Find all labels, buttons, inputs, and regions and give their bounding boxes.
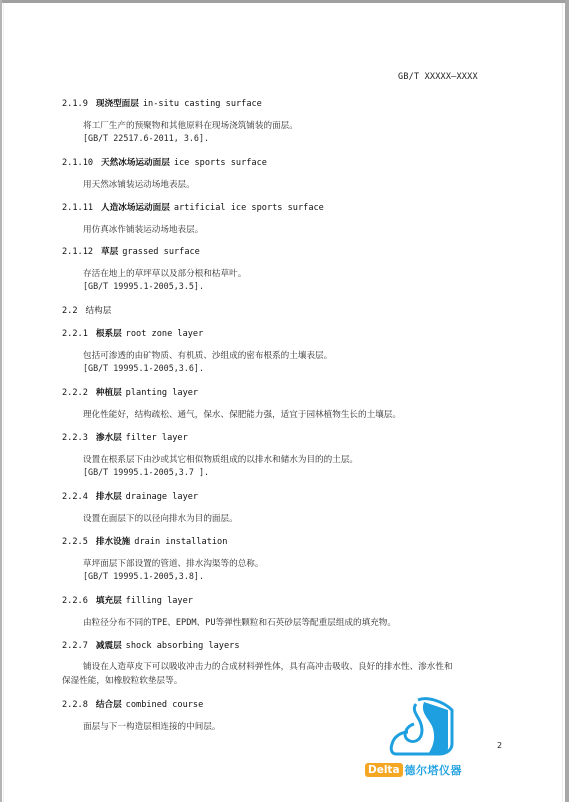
term-definition: 草坪面层下部设置的管道、排水沟渠等的总称。 xyxy=(83,557,263,569)
term-heading: 2.2.3渗水层filter layer xyxy=(62,431,188,443)
term-zh: 草层 xyxy=(101,247,118,257)
term-definition-continued: 保湿性能，如橡胶粒软垫层等。 xyxy=(62,674,182,686)
section-number: 2.2 xyxy=(62,306,78,316)
term-zh: 人造冰场运动面层 xyxy=(101,203,170,213)
term-heading: 2.2.5排水设施drain installation xyxy=(62,535,227,547)
term-en: in-situ casting surface xyxy=(143,99,262,109)
term-zh: 排水层 xyxy=(96,492,122,502)
section-heading: 2.2结构层 xyxy=(62,304,111,316)
term-reference: [GB/T 19995.1-2005,3.8]. xyxy=(83,571,204,581)
term-en: shock absorbing layers xyxy=(126,641,240,651)
term-definition: 理化性能好，结构疏松、通气，保水、保肥能力强，适宜于园林植物生长的土壤层。 xyxy=(83,408,401,420)
term-definition: 设置在根系层下由沙或其它相似物质组成的以排水和储水为目的的土层。 xyxy=(83,453,358,465)
term-number: 2.2.1 xyxy=(62,329,88,339)
term-number: 2.2.7 xyxy=(62,641,88,651)
term-en: drainage layer xyxy=(126,492,198,502)
term-number: 2.2.6 xyxy=(62,596,88,606)
term-heading: 2.1.9现浇型面层in-situ casting surface xyxy=(62,97,262,109)
term-en: combined course xyxy=(126,700,204,710)
term-heading: 2.2.1根系层root zone layer xyxy=(62,327,203,339)
term-zh: 填充层 xyxy=(96,596,122,606)
term-heading: 2.1.12草层grassed surface xyxy=(62,245,200,257)
term-heading: 2.2.7减震层shock absorbing layers xyxy=(62,639,240,651)
term-en: planting layer xyxy=(126,388,198,398)
section-title: 结构层 xyxy=(86,306,112,316)
term-definition: 用仿真冰作铺装运动场地表层。 xyxy=(83,223,203,235)
page-border-top xyxy=(0,0,569,3)
term-number: 2.2.8 xyxy=(62,700,88,710)
term-heading: 2.1.11人造冰场运动面层artificial ice sports surf… xyxy=(62,201,324,213)
page-border-left xyxy=(0,0,2,802)
term-zh: 根系层 xyxy=(96,329,122,339)
term-en: filter layer xyxy=(126,433,188,443)
term-definition: 包括可渗透的由矿物质、有机质、沙组成的密布根系的土壤表层。 xyxy=(83,349,332,361)
term-zh: 排水设施 xyxy=(96,537,130,547)
brand-en: Delta xyxy=(365,763,403,777)
term-en: artificial ice sports surface xyxy=(174,203,324,213)
term-definition: 面层与下一构造层相连接的中间层。 xyxy=(83,720,221,732)
term-definition: 设置在面层下的以径向排水为目的面层。 xyxy=(83,512,238,524)
term-heading: 2.2.4排水层drainage layer xyxy=(62,490,198,502)
term-number: 2.1.10 xyxy=(62,158,93,168)
term-zh: 渗水层 xyxy=(96,433,122,443)
delta-logo-icon xyxy=(388,696,460,758)
term-reference: [GB/T 22517.6-2011, 3.6]. xyxy=(83,133,209,143)
term-en: drain installation xyxy=(134,537,227,547)
term-number: 2.2.3 xyxy=(62,433,88,443)
term-definition: 用天然冰铺装运动场地表层。 xyxy=(83,178,195,190)
term-number: 2.2.4 xyxy=(62,492,88,502)
term-reference: [GB/T 19995.1-2005,3.7 ]. xyxy=(83,467,209,477)
term-zh: 种植层 xyxy=(96,388,122,398)
term-number: 2.1.12 xyxy=(62,247,93,257)
term-number: 2.1.11 xyxy=(62,203,93,213)
watermark-brand: Delta 德尔塔仪器 xyxy=(365,762,462,778)
term-number: 2.2.2 xyxy=(62,388,88,398)
term-definition: 存活在地上的草坪草以及部分根和枯草叶。 xyxy=(83,267,246,279)
term-en: ice sports surface xyxy=(174,158,267,168)
term-definition: 由粒径分布不同的TPE、EPDM、PU等弹性颗粒和石英砂层等配重层组成的填充物。 xyxy=(83,616,396,628)
page-border-right-inner xyxy=(562,3,563,802)
term-en: grassed surface xyxy=(122,247,200,257)
term-definition: 将工厂生产的预聚物和其他原料在现场浇筑铺装的面层。 xyxy=(83,119,298,131)
term-number: 2.1.9 xyxy=(62,99,88,109)
page-border-left-inner xyxy=(3,3,4,802)
term-heading: 2.2.2种植层planting layer xyxy=(62,386,198,398)
term-zh: 结合层 xyxy=(96,700,122,710)
term-number: 2.2.5 xyxy=(62,537,88,547)
term-en: filling layer xyxy=(126,596,193,606)
term-reference: [GB/T 19995.1-2005,3.5]. xyxy=(83,281,204,291)
term-zh: 现浇型面层 xyxy=(96,99,139,109)
term-heading: 2.1.10天然冰场运动面层ice sports surface xyxy=(62,156,267,168)
page-border-right xyxy=(565,0,569,802)
term-heading: 2.2.8结合层combined course xyxy=(62,698,203,710)
term-heading: 2.2.6填充层filling layer xyxy=(62,594,193,606)
standard-code-header: GB/T XXXXX—XXXX xyxy=(398,72,478,82)
term-zh: 天然冰场运动面层 xyxy=(101,158,170,168)
term-en: root zone layer xyxy=(126,329,204,339)
brand-cn: 德尔塔仪器 xyxy=(405,762,463,778)
term-definition: 铺设在人造草皮下可以吸收冲击力的合成材料弹性体，具有高冲击吸收、良好的排水性、渗… xyxy=(83,660,453,672)
page-number: 2 xyxy=(497,741,502,750)
term-zh: 减震层 xyxy=(96,641,122,651)
term-reference: [GB/T 19995.1-2005,3.6]. xyxy=(83,363,204,373)
